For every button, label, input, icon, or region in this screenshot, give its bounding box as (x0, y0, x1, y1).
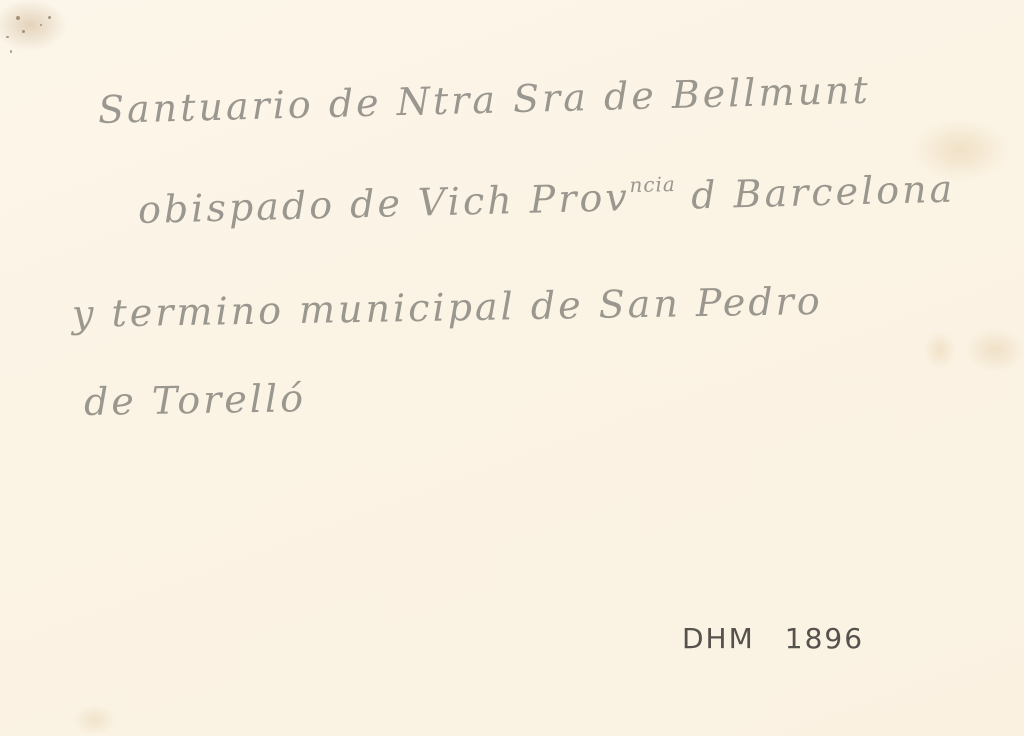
stain-speck (6, 36, 9, 38)
stain-speck (10, 50, 12, 53)
handwritten-line-3: y termino municipal de San Pedro (72, 279, 823, 336)
stain-speck (48, 16, 51, 19)
annotation-year: 1896 (785, 622, 864, 655)
document-page: Santuario de Ntra Sra de Bellmunt obispa… (0, 0, 1024, 736)
line-2-after: d Barcelona (676, 167, 956, 218)
annotation-initials: DHM (682, 622, 755, 655)
line-2-superscript: ncia (629, 172, 676, 197)
line-2-main: obispado de Vich Prov (137, 175, 630, 232)
stain-speck (22, 30, 25, 33)
archival-annotation: DHM1896 (682, 622, 864, 655)
stain-speck (40, 24, 42, 26)
handwritten-line-4: de Torelló (84, 376, 307, 424)
stain-speck (16, 16, 20, 20)
handwritten-line-2: obispado de Vich Provncia d Barcelona (137, 165, 955, 232)
handwritten-line-1: Santuario de Ntra Sra de Bellmunt (97, 68, 871, 132)
